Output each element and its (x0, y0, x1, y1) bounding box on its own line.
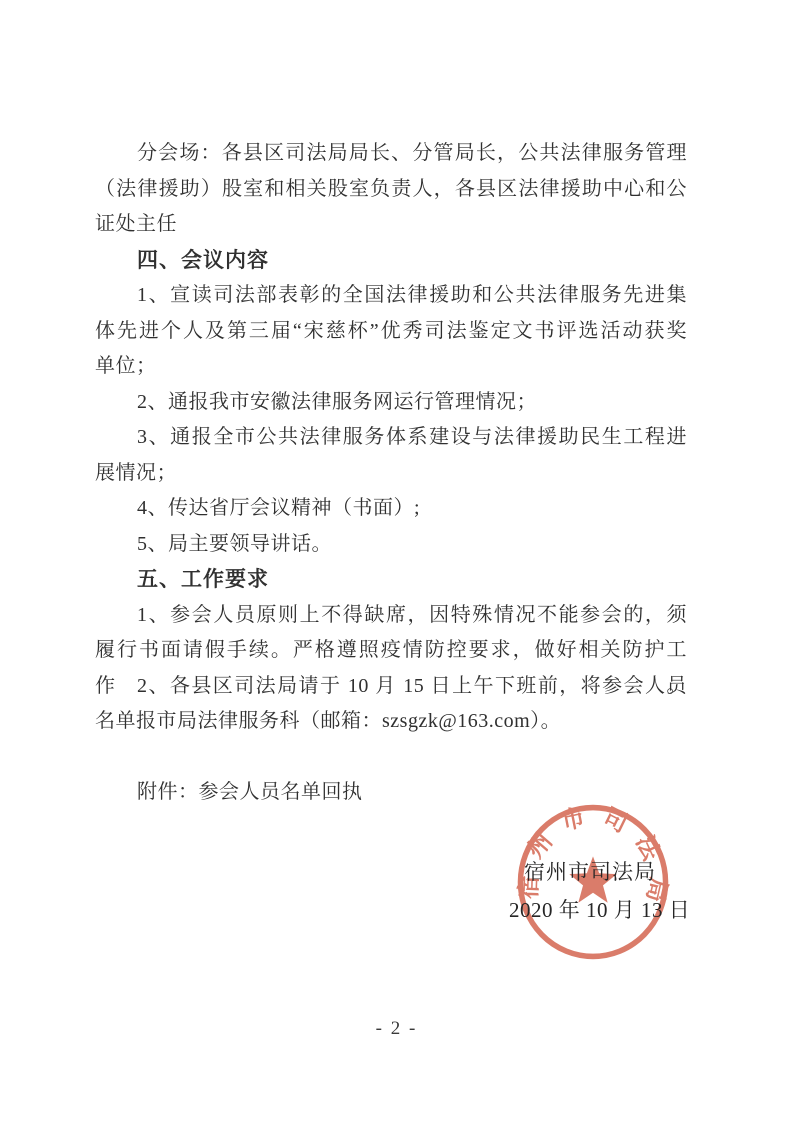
body-line: 展情况； (95, 456, 687, 492)
section-heading: 五、工作要求 (95, 562, 687, 598)
attachment-line: 附件：参会人员名单回执 (95, 775, 687, 811)
body-line: 3、通报全市公共法律服务体系建设与法律援助民生工程进 (95, 420, 687, 456)
body-line: 名单报市局法律服务科（邮箱：szsgzk@163.com）。 (95, 704, 687, 740)
signature-date: 2020 年 10 月 13 日 (509, 896, 690, 924)
body-line: 证处主任 (95, 207, 687, 243)
body-line: 2、各县区司法局请于 10 月 15 日上午下班前，将参会人员 (95, 669, 687, 705)
body-line: 体先进个人及第三届“宋慈杯”优秀司法鉴定文书评选活动获奖 (95, 314, 687, 350)
document-page: 分会场：各县区司法局局长、分管局长，公共法律服务管理（法律援助）股室和相关股室负… (0, 0, 793, 1122)
body-line: 2、通报我市安徽法律服务网运行管理情况； (95, 385, 687, 421)
body-line: 1、参会人员原则上不得缺席，因特殊情况不能参会的，须 (95, 598, 687, 634)
section-heading: 四、会议内容 (95, 243, 687, 279)
document-body: 分会场：各县区司法局局长、分管局长，公共法律服务管理（法律援助）股室和相关股室负… (95, 136, 687, 740)
body-line: 4、传达省厅会议精神（书面）; (95, 491, 687, 527)
body-line: 履行书面请假手续。严格遵照疫情防控要求，做好相关防护工作。 (95, 633, 687, 669)
body-line: 1、宣读司法部表彰的全国法律援助和公共法律服务先进集 (95, 278, 687, 314)
page-number: - 2 - (0, 1018, 793, 1040)
body-line: （法律援助）股室和相关股室负责人，各县区法律援助中心和公 (95, 172, 687, 208)
body-line: 单位； (95, 349, 687, 385)
signature-org: 宿州市司法局 (524, 858, 656, 886)
body-line: 分会场：各县区司法局局长、分管局长，公共法律服务管理 (95, 136, 687, 172)
body-line: 5、局主要领导讲话。 (95, 527, 687, 563)
